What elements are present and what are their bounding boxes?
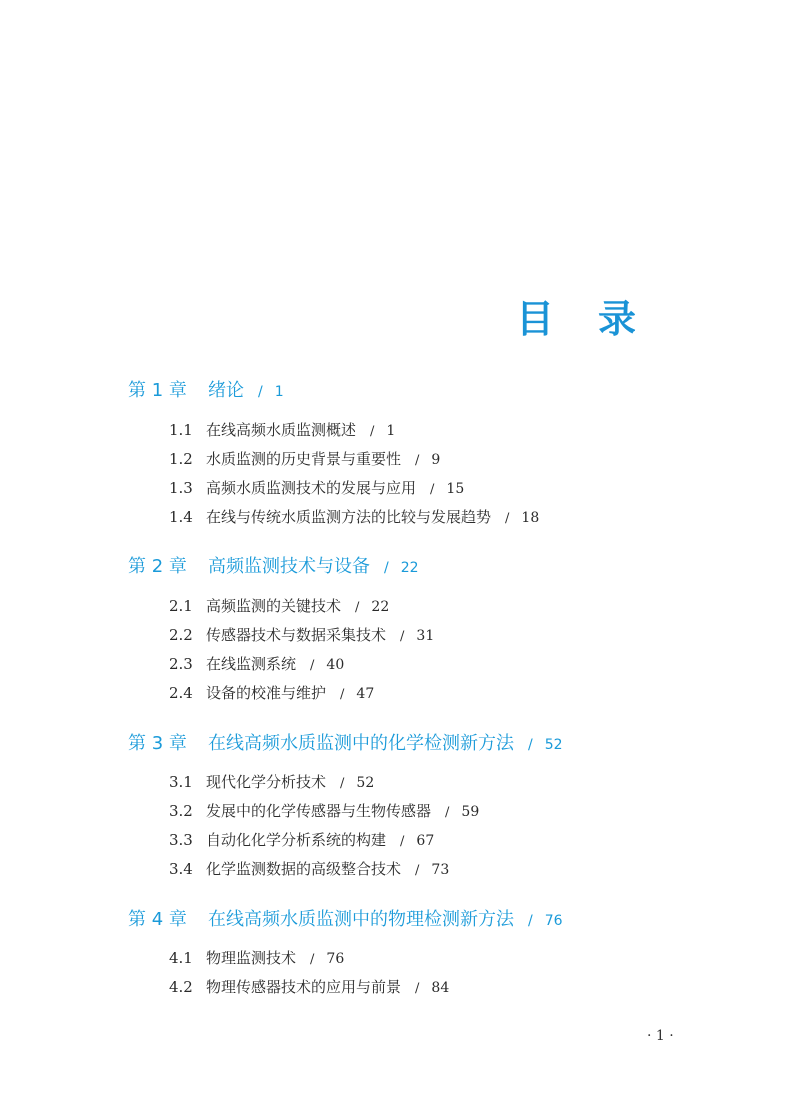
section-title: 在线高频水质监测概述 — [206, 421, 356, 439]
section-page: 15 — [446, 481, 464, 497]
toc-section-1-4[interactable]: 1.4在线与传统水质监测方法的比较与发展趋势/18 — [169, 506, 539, 527]
section-number: 3.1 — [169, 773, 206, 791]
toc-section-2-3[interactable]: 2.3在线监测系统/40 — [169, 653, 344, 674]
chapter-label: 第 2 章 — [128, 552, 208, 578]
section-number: 4.1 — [169, 949, 206, 967]
separator: / — [370, 424, 374, 439]
section-page: 59 — [461, 804, 479, 820]
section-title: 高频水质监测技术的发展与应用 — [206, 479, 416, 497]
separator: / — [430, 482, 434, 497]
toc-section-2-4[interactable]: 2.4设备的校准与维护/47 — [169, 682, 374, 703]
separator: / — [340, 776, 344, 791]
separator: / — [310, 952, 314, 967]
section-title: 在线与传统水质监测方法的比较与发展趋势 — [206, 508, 491, 526]
section-page: 31 — [416, 628, 434, 644]
page-title-char-1: 目 — [516, 288, 554, 343]
separator: / — [355, 600, 359, 615]
section-title: 化学监测数据的高级整合技术 — [206, 860, 401, 878]
separator: / — [415, 981, 419, 996]
section-title: 传感器技术与数据采集技术 — [206, 626, 386, 644]
separator: / — [310, 658, 314, 673]
chapter-title: 绪论 — [208, 380, 244, 401]
section-title: 发展中的化学传感器与生物传感器 — [206, 802, 431, 820]
chapter-title: 在线高频水质监测中的物理检测新方法 — [208, 909, 514, 930]
section-number: 1.2 — [169, 450, 206, 468]
section-number: 2.4 — [169, 684, 206, 702]
page-number: · 1 · — [647, 1028, 674, 1044]
separator: / — [415, 453, 419, 468]
section-page: 9 — [431, 452, 440, 468]
separator: / — [400, 629, 404, 644]
section-page: 18 — [521, 510, 539, 526]
toc-section-4-2[interactable]: 4.2物理传感器技术的应用与前景/84 — [169, 976, 449, 997]
section-page: 76 — [326, 951, 344, 967]
toc-section-1-1[interactable]: 1.1在线高频水质监测概述/1 — [169, 419, 395, 440]
separator: / — [415, 863, 419, 878]
section-title: 物理传感器技术的应用与前景 — [206, 978, 401, 996]
section-page: 52 — [356, 775, 374, 791]
chapter-page: 1 — [275, 384, 284, 400]
separator: / — [445, 805, 449, 820]
section-number: 1.4 — [169, 508, 206, 526]
toc-section-3-3[interactable]: 3.3自动化化学分析系统的构建/67 — [169, 829, 434, 850]
section-number: 1.1 — [169, 421, 206, 439]
chapter-label: 第 4 章 — [128, 905, 208, 931]
chapter-title: 高频监测技术与设备 — [208, 556, 370, 577]
chapter-label: 第 1 章 — [128, 376, 208, 402]
section-page: 84 — [431, 980, 449, 996]
section-page: 22 — [371, 599, 389, 615]
separator: / — [340, 687, 344, 702]
section-number: 3.3 — [169, 831, 206, 849]
separator: / — [258, 384, 263, 400]
toc-section-1-3[interactable]: 1.3高频水质监测技术的发展与应用/15 — [169, 477, 464, 498]
section-page: 40 — [326, 657, 344, 673]
section-title: 设备的校准与维护 — [206, 684, 326, 702]
section-number: 2.2 — [169, 626, 206, 644]
section-number: 2.3 — [169, 655, 206, 673]
section-number: 1.3 — [169, 479, 206, 497]
separator: / — [505, 511, 509, 526]
toc-section-3-4[interactable]: 3.4化学监测数据的高级整合技术/73 — [169, 858, 449, 879]
chapter-page: 76 — [545, 913, 563, 929]
toc-chapter-1[interactable]: 第 1 章绪论/1 — [128, 376, 284, 402]
section-title: 物理监测技术 — [206, 949, 296, 967]
toc-section-3-2[interactable]: 3.2发展中的化学传感器与生物传感器/59 — [169, 800, 479, 821]
toc-section-1-2[interactable]: 1.2水质监测的历史背景与重要性/9 — [169, 448, 440, 469]
toc-section-2-2[interactable]: 2.2传感器技术与数据采集技术/31 — [169, 624, 434, 645]
separator: / — [528, 913, 533, 929]
section-number: 3.4 — [169, 860, 206, 878]
chapter-label: 第 3 章 — [128, 729, 208, 755]
section-title: 在线监测系统 — [206, 655, 296, 673]
section-page: 67 — [416, 833, 434, 849]
separator: / — [528, 737, 533, 753]
toc-section-3-1[interactable]: 3.1现代化学分析技术/52 — [169, 771, 374, 792]
section-title: 高频监测的关键技术 — [206, 597, 341, 615]
section-number: 3.2 — [169, 802, 206, 820]
chapter-page: 52 — [545, 737, 563, 753]
section-title: 现代化学分析技术 — [206, 773, 326, 791]
toc-chapter-2[interactable]: 第 2 章高频监测技术与设备/22 — [128, 552, 419, 578]
section-title: 自动化化学分析系统的构建 — [206, 831, 386, 849]
toc-chapter-3[interactable]: 第 3 章在线高频水质监测中的化学检测新方法/52 — [128, 729, 563, 755]
page-title: 目录 — [516, 288, 636, 343]
section-number: 2.1 — [169, 597, 206, 615]
toc-chapter-4[interactable]: 第 4 章在线高频水质监测中的物理检测新方法/76 — [128, 905, 563, 931]
page-title-char-2: 录 — [598, 288, 636, 343]
section-number: 4.2 — [169, 978, 206, 996]
separator: / — [384, 560, 389, 576]
section-title: 水质监测的历史背景与重要性 — [206, 450, 401, 468]
section-page: 73 — [431, 862, 449, 878]
section-page: 1 — [386, 423, 395, 439]
chapter-page: 22 — [401, 560, 419, 576]
toc-section-2-1[interactable]: 2.1高频监测的关键技术/22 — [169, 595, 389, 616]
chapter-title: 在线高频水质监测中的化学检测新方法 — [208, 733, 514, 754]
section-page: 47 — [356, 686, 374, 702]
separator: / — [400, 834, 404, 849]
toc-section-4-1[interactable]: 4.1物理监测技术/76 — [169, 947, 344, 968]
